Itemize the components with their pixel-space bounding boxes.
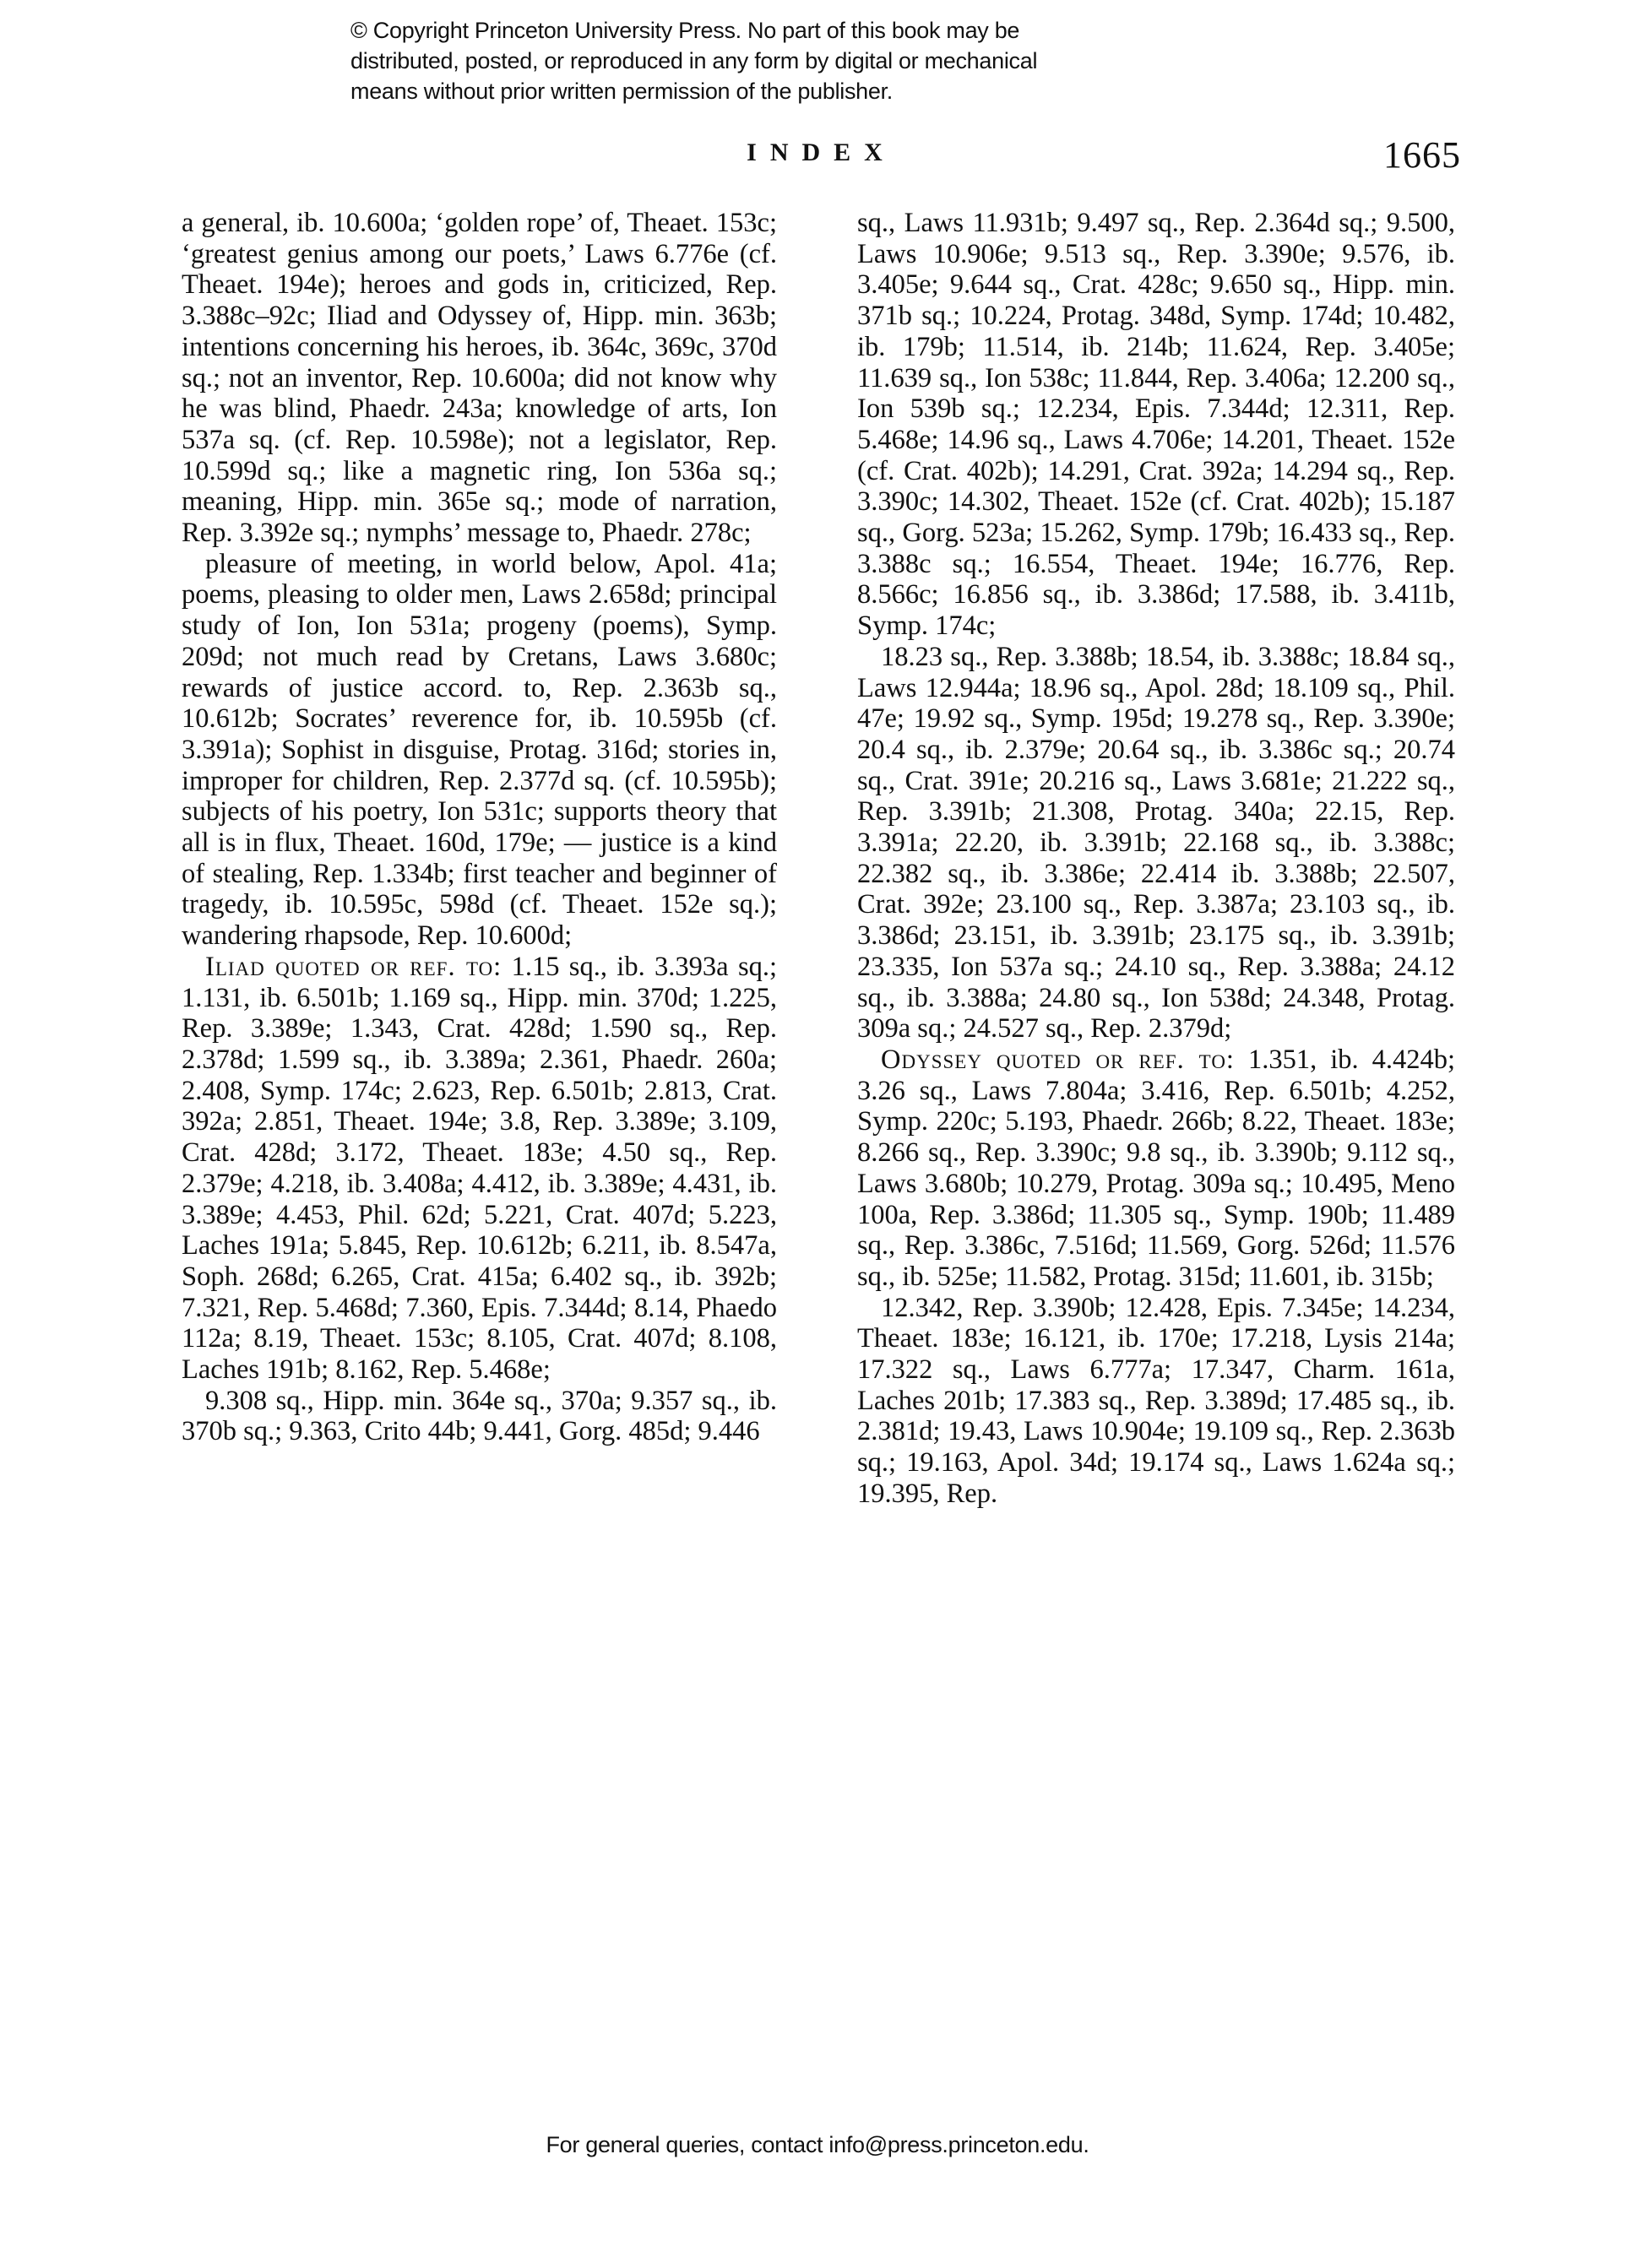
index-text: 9.308 sq., Hipp. min. 364e sq., 370a; 9.…	[182, 1386, 777, 1447]
running-head: INDEX 1665	[182, 133, 1461, 176]
page-number: 1665	[1383, 133, 1461, 176]
index-text: pleasure of meeting, in world below, Apo…	[182, 549, 777, 951]
copyright-line: © Copyright Princeton University Press. …	[350, 15, 1195, 46]
index-subheading-paragraph: Odyssey quoted or ref. to: 1.351, ib. 4.…	[857, 1044, 1455, 1293]
index-paragraph: sq., Laws 11.931b; 9.497 sq., Rep. 2.364…	[857, 208, 1455, 642]
copyright-notice: © Copyright Princeton University Press. …	[350, 15, 1195, 106]
index-paragraph: pleasure of meeting, in world below, Apo…	[182, 549, 777, 952]
running-title: INDEX	[182, 138, 1461, 167]
index-column-right: sq., Laws 11.931b; 9.497 sq., Rep. 2.364…	[857, 208, 1455, 1510]
footer-contact: For general queries, contact info@press.…	[0, 2132, 1635, 2158]
index-text: sq., Laws 11.931b; 9.497 sq., Rep. 2.364…	[857, 208, 1455, 641]
index-text: a general, ib. 10.600a; ‘golden rope’ of…	[182, 208, 777, 548]
index-subheading-paragraph: Iliad quoted or ref. to: 1.15 sq., ib. 3…	[182, 952, 777, 1386]
index-text: 1.15 sq., ib. 3.393a sq.; 1.131, ib. 6.5…	[182, 952, 777, 1385]
index-text: 12.342, Rep. 3.390b; 12.428, Epis. 7.345…	[857, 1293, 1455, 1509]
index-subheading: Iliad quoted or ref. to:	[205, 952, 502, 982]
index-paragraph: 18.23 sq., Rep. 3.388b; 18.54, ib. 3.388…	[857, 642, 1455, 1044]
index-paragraph: a general, ib. 10.600a; ‘golden rope’ of…	[182, 208, 777, 549]
copyright-line: means without prior written permission o…	[350, 76, 1195, 106]
index-text: 1.351, ib. 4.424b; 3.26 sq., Laws 7.804a…	[857, 1044, 1455, 1292]
index-paragraph: 9.308 sq., Hipp. min. 364e sq., 370a; 9.…	[182, 1386, 777, 1447]
index-text: 18.23 sq., Rep. 3.388b; 18.54, ib. 3.388…	[857, 642, 1455, 1044]
index-paragraph: 12.342, Rep. 3.390b; 12.428, Epis. 7.345…	[857, 1293, 1455, 1510]
index-column-left: a general, ib. 10.600a; ‘golden rope’ of…	[182, 208, 777, 1447]
copyright-line: distributed, posted, or reproduced in an…	[350, 46, 1195, 76]
index-subheading: Odyssey quoted or ref. to:	[881, 1044, 1235, 1075]
